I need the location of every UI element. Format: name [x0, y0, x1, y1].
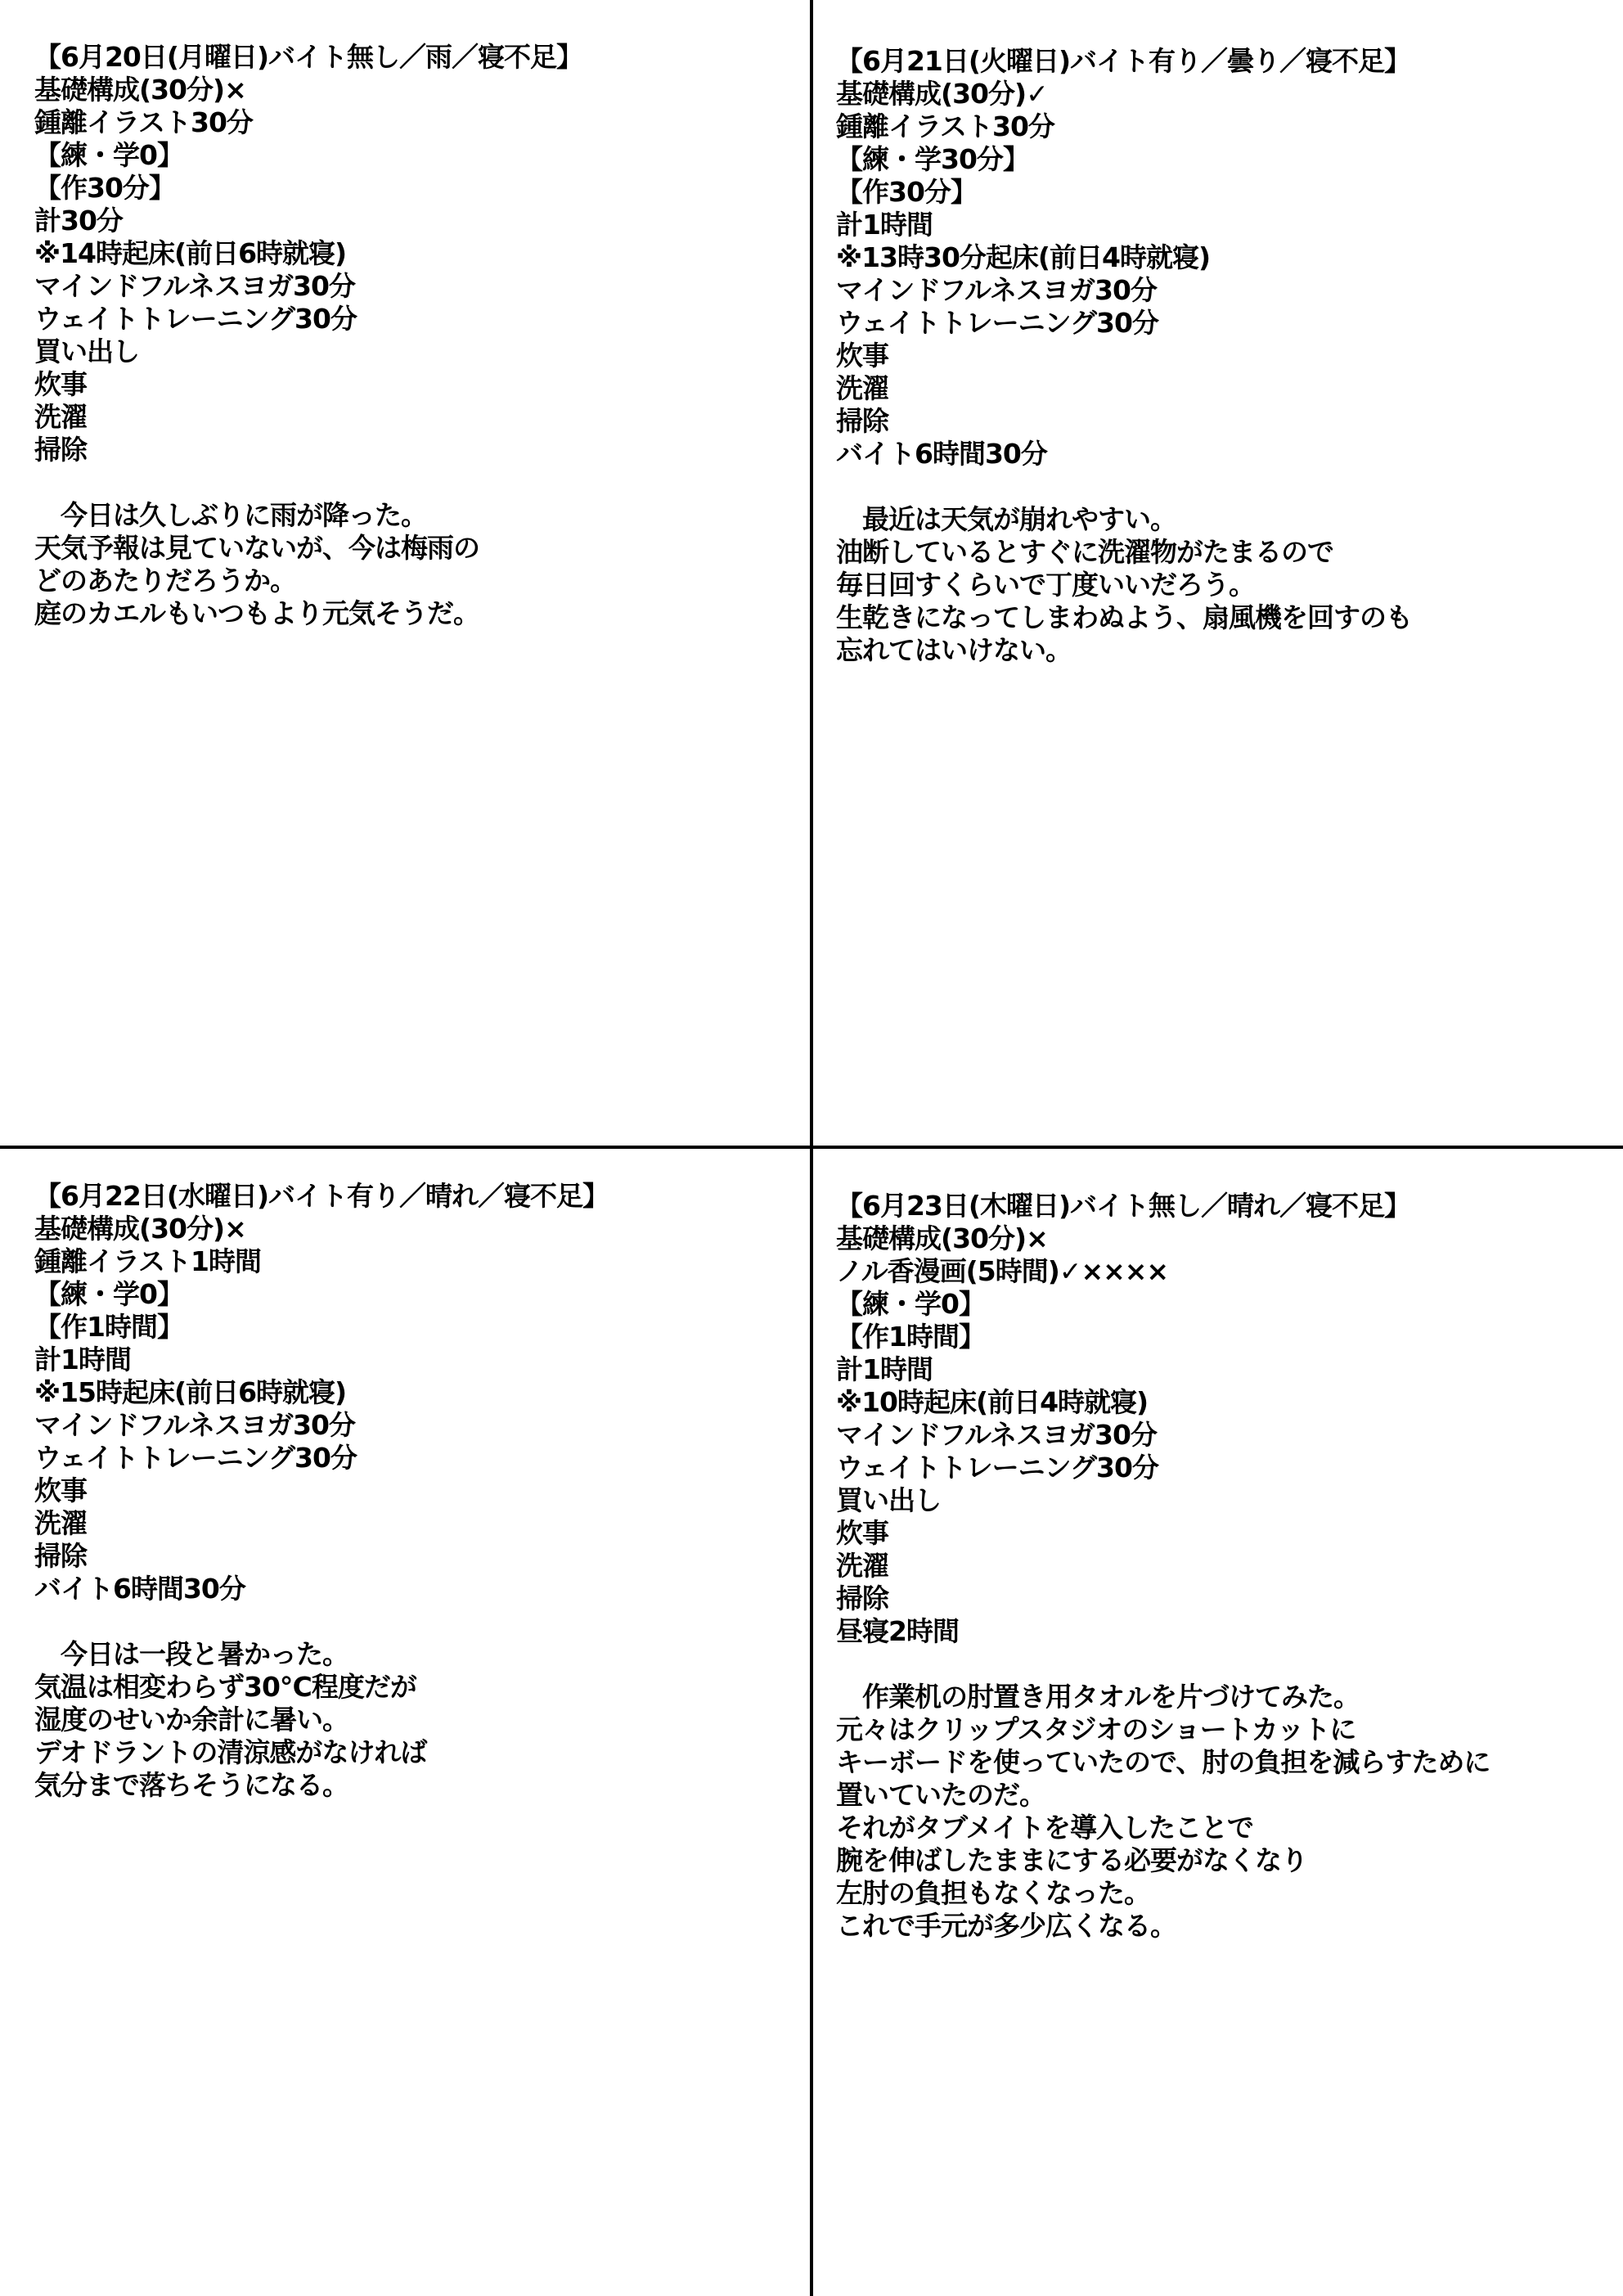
log-line: 掃除: [836, 1582, 1605, 1615]
diary-line: デオドラントの清涼感がなければ: [34, 1736, 803, 1769]
log-line: 掃除: [34, 1540, 803, 1573]
log-line: 計30分: [34, 205, 803, 237]
log-line: 鍾離イラスト30分: [34, 106, 803, 139]
diary-line: 左肘の負担もなくなった。: [836, 1877, 1605, 1910]
spacer: [34, 466, 803, 499]
log-line: 鍾離イラスト1時間: [34, 1245, 803, 1278]
log-line: マインドフルネスヨガ30分: [836, 274, 1605, 307]
log-line: 掃除: [34, 434, 803, 466]
activity-log: 基礎構成(30分)× 鍾離イラスト1時間 【練・学0】 【作1時間】 計1時間 …: [34, 1213, 803, 1605]
diary-line: どのあたりだろうか。: [34, 565, 803, 597]
log-line: 買い出し: [34, 335, 803, 368]
diary-line: 腕を伸ばしたままにする必要がなくなり: [836, 1844, 1605, 1877]
log-line: ※13時30分起床(前日4時就寝): [836, 241, 1605, 274]
spacer: [836, 1648, 1605, 1681]
log-line: 基礎構成(30分)×: [34, 74, 803, 106]
entry-header: 【6月21日(火曜日)バイト有り／曇り／寝不足】: [836, 45, 1605, 78]
spacer: [836, 470, 1605, 503]
diary-entry-june-21: 【6月21日(火曜日)バイト有り／曇り／寝不足】 基礎構成(30分)✓ 鍾離イラ…: [836, 45, 1605, 667]
log-line: 【練・学30分】: [836, 143, 1605, 176]
activity-log: 基礎構成(30分)✓ 鍾離イラスト30分 【練・学30分】 【作30分】 計1時…: [836, 78, 1605, 470]
log-line: 炊事: [836, 340, 1605, 372]
diary-line: キーボードを使っていたので、肘の負担を減らすために: [836, 1746, 1605, 1779]
log-line: 炊事: [34, 368, 803, 401]
log-line: ウェイトトレーニング30分: [34, 1442, 803, 1474]
log-line: 【練・学0】: [34, 1278, 803, 1311]
diary-text: 今日は久しぶりに雨が降った。 天気予報は見ていないが、今は梅雨の どのあたりだろ…: [34, 499, 803, 630]
diary-line: 毎日回すくらいで丁度いいだろう。: [836, 569, 1605, 601]
diary-line: 油断しているとすぐに洗濯物がたまるので: [836, 536, 1605, 569]
diary-entry-june-23: 【6月23日(木曜日)バイト無し／晴れ／寝不足】 基礎構成(30分)× ノル香漫…: [836, 1190, 1605, 1943]
diary-entry-june-22: 【6月22日(水曜日)バイト有り／晴れ／寝不足】 基礎構成(30分)× 鍾離イラ…: [34, 1180, 803, 1802]
diary-entry-june-20: 【6月20日(月曜日)バイト無し／雨／寝不足】 基礎構成(30分)× 鍾離イラス…: [34, 41, 803, 630]
diary-line: それがタブメイトを導入したことで: [836, 1812, 1605, 1844]
diary-line: 湿度のせいか余計に暑い。: [34, 1704, 803, 1736]
diary-line: 作業机の肘置き用タオルを片づけてみた。: [836, 1681, 1605, 1713]
entry-header: 【6月23日(木曜日)バイト無し／晴れ／寝不足】: [836, 1190, 1605, 1222]
log-line: 計1時間: [836, 209, 1605, 241]
log-line: 洗濯: [836, 372, 1605, 405]
log-line: 【練・学0】: [34, 139, 803, 172]
diary-line: 生乾きになってしまわぬよう、扇風機を回すのも: [836, 601, 1605, 634]
log-line: 昼寝2時間: [836, 1615, 1605, 1648]
diary-line: 今日は一段と暑かった。: [34, 1638, 803, 1671]
log-line: バイト6時間30分: [34, 1573, 803, 1605]
log-line: 【作30分】: [34, 172, 803, 205]
log-line: ウェイトトレーニング30分: [836, 307, 1605, 340]
log-line: 鍾離イラスト30分: [836, 110, 1605, 143]
log-line: バイト6時間30分: [836, 438, 1605, 470]
log-line: 炊事: [836, 1517, 1605, 1550]
log-line: 炊事: [34, 1474, 803, 1507]
log-line: 買い出し: [836, 1484, 1605, 1517]
log-line: 基礎構成(30分)×: [34, 1213, 803, 1245]
diary-line: 天気予報は見ていないが、今は梅雨の: [34, 532, 803, 565]
entry-header: 【6月22日(水曜日)バイト有り／晴れ／寝不足】: [34, 1180, 803, 1213]
entry-header: 【6月20日(月曜日)バイト無し／雨／寝不足】: [34, 41, 803, 74]
diary-line: 置いていたのだ。: [836, 1779, 1605, 1812]
log-line: 洗濯: [34, 1507, 803, 1540]
log-line: ノル香漫画(5時間)✓××××: [836, 1255, 1605, 1288]
log-line: 【練・学0】: [836, 1288, 1605, 1321]
log-line: ※14時起床(前日6時就寝): [34, 237, 803, 270]
diary-line: 忘れてはいけない。: [836, 634, 1605, 667]
log-line: ウェイトトレーニング30分: [34, 303, 803, 335]
diary-line: 気温は相変わらず30℃程度だが: [34, 1671, 803, 1704]
log-line: 基礎構成(30分)×: [836, 1222, 1605, 1255]
diary-text: 作業机の肘置き用タオルを片づけてみた。 元々はクリップスタジオのショートカットに…: [836, 1681, 1605, 1943]
diary-line: 最近は天気が崩れやすい。: [836, 503, 1605, 536]
log-line: 【作1時間】: [34, 1311, 803, 1344]
diary-line: 今日は久しぶりに雨が降った。: [34, 499, 803, 532]
log-line: 洗濯: [836, 1550, 1605, 1582]
log-line: マインドフルネスヨガ30分: [34, 270, 803, 303]
activity-log: 基礎構成(30分)× 鍾離イラスト30分 【練・学0】 【作30分】 計30分 …: [34, 74, 803, 466]
log-line: マインドフルネスヨガ30分: [34, 1409, 803, 1442]
log-line: ※10時起床(前日4時就寝): [836, 1386, 1605, 1419]
log-line: 掃除: [836, 405, 1605, 438]
log-line: 基礎構成(30分)✓: [836, 78, 1605, 110]
spacer: [34, 1605, 803, 1638]
log-line: 洗濯: [34, 401, 803, 434]
diary-line: 庭のカエルもいつもより元気そうだ。: [34, 597, 803, 630]
log-line: マインドフルネスヨガ30分: [836, 1419, 1605, 1452]
log-line: 計1時間: [34, 1344, 803, 1376]
log-line: 【作30分】: [836, 176, 1605, 209]
horizontal-divider: [0, 1146, 1623, 1149]
diary-line: これで手元が多少広くなる。: [836, 1910, 1605, 1943]
activity-log: 基礎構成(30分)× ノル香漫画(5時間)✓×××× 【練・学0】 【作1時間】…: [836, 1222, 1605, 1648]
log-line: ※15時起床(前日6時就寝): [34, 1376, 803, 1409]
diary-line: 気分まで落ちそうになる。: [34, 1769, 803, 1802]
diary-text: 最近は天気が崩れやすい。 油断しているとすぐに洗濯物がたまるので 毎日回すくらい…: [836, 503, 1605, 667]
log-line: 【作1時間】: [836, 1321, 1605, 1353]
diary-text: 今日は一段と暑かった。 気温は相変わらず30℃程度だが 湿度のせいか余計に暑い。…: [34, 1638, 803, 1802]
log-line: 計1時間: [836, 1353, 1605, 1386]
diary-line: 元々はクリップスタジオのショートカットに: [836, 1713, 1605, 1746]
log-line: ウェイトトレーニング30分: [836, 1452, 1605, 1484]
